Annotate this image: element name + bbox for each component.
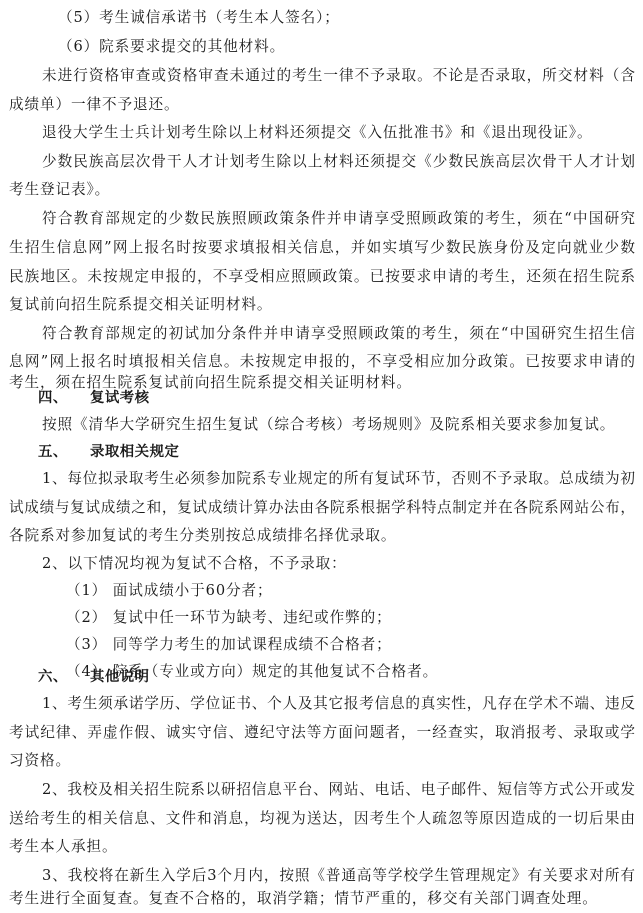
paragraph-minority-policy-line: 民族地区。未按规定申报的，不享受相应照顾政策。已按要求申请的考生，还须在招生院系 bbox=[9, 263, 635, 291]
section5-subitem: （1） 面试成绩小于60分者； bbox=[66, 577, 643, 605]
materials-item-5: （5）考生诚信承诺书（考生本人签名）； bbox=[58, 4, 643, 32]
section4-paragraph: 按照《清华大学研究生招生复试（综合考核）考场规则》及院系相关要求参加复试。 bbox=[42, 411, 635, 439]
section5-item1-line: 各院系对参加复试的考生分类别按总成绩排名择优录取。 bbox=[9, 522, 635, 550]
section6-item3-line: 考生进行全面复查。复查不合格的，取消学籍；情节严重的，移交有关部门调查处理。 bbox=[9, 885, 635, 913]
section-number: 五、 bbox=[38, 438, 90, 466]
section6-item2-line: 考生本人承担。 bbox=[9, 833, 635, 861]
section-number: 六、 bbox=[38, 663, 90, 691]
section-title: 其他说明 bbox=[90, 669, 150, 685]
section5-subitem: （3） 同等学力考生的加试课程成绩不合格者； bbox=[66, 631, 643, 659]
section-number: 四、 bbox=[38, 384, 90, 412]
paragraph-veteran: 退役大学生士兵计划考生除以上材料还须提交《入伍批准书》和《退出现役证》。 bbox=[42, 119, 635, 147]
section5-item1-line: 试成绩与复试成绩之和，复试成绩计算办法由各院系根据学科特点制定并在各院系网站公布… bbox=[9, 494, 635, 522]
section6-item1-line: 习资格。 bbox=[9, 747, 635, 775]
paragraph-minority-talent-line: 考生登记表》。 bbox=[9, 176, 635, 204]
paragraph-minority-policy-line: 符合教育部规定的少数民族照顾政策条件并申请享受照顾政策的考生，须在“中国研究 bbox=[42, 205, 635, 233]
section6-item1-line: 考试纪律、弄虚作假、诚实守信、遵纪守法等方面问题者，一经查实，取消报考、录取或学 bbox=[9, 719, 635, 747]
paragraph-no-review-line: 成绩单）一律不予退还。 bbox=[9, 91, 635, 119]
section-title: 复试考核 bbox=[90, 390, 150, 406]
section-title: 录取相关规定 bbox=[90, 444, 179, 460]
section6-item2-line: 2、我校及相关招生院系以研招信息平台、网站、电话、电子邮件、短信等方式公开或发 bbox=[42, 776, 635, 804]
section6-item2-line: 送给考生的相关信息、文件和消息，均视为送达，因考生个人疏忽等原因造成的一切后果由 bbox=[9, 805, 635, 833]
section-heading-6: 六、其他说明 bbox=[38, 663, 643, 691]
section-heading-5: 五、录取相关规定 bbox=[38, 438, 643, 466]
section-heading-4: 四、复试考核 bbox=[38, 384, 643, 412]
paragraph-minority-talent-line: 少数民族高层次骨干人才计划考生除以上材料还须提交《少数民族高层次骨干人才计划 bbox=[42, 148, 635, 176]
document-page: （5）考生诚信承诺书（考生本人签名）； （6）院系要求提交的其他材料。 未进行资… bbox=[0, 0, 643, 913]
paragraph-minority-policy-line: 复试前向招生院系提交相关证明材料。 bbox=[9, 291, 635, 319]
paragraph-minority-policy-line: 生招生信息网”网上报名时按要求填报相关信息，并如实填写少数民族身份及定向就业少数 bbox=[9, 234, 635, 262]
section5-item1-line: 1、每位拟录取考生必须参加院系专业规定的所有复试环节，否则不予录取。总成绩为初 bbox=[42, 465, 635, 493]
paragraph-bonus-policy-line: 符合教育部规定的初试加分条件并申请享受照顾政策的考生，须在“中国研究生招生信 bbox=[42, 320, 635, 348]
materials-item-6: （6）院系要求提交的其他材料。 bbox=[58, 33, 643, 61]
section5-item2-intro: 2、以下情况均视为复试不合格，不予录取： bbox=[42, 550, 635, 578]
section5-subitem: （2） 复试中任一环节为缺考、违纪或作弊的； bbox=[66, 604, 643, 632]
paragraph-no-review-line: 未进行资格审查或资格审查未通过的考生一律不予录取。不论是否录取，所交材料（含 bbox=[42, 62, 635, 90]
section6-item1-line: 1、考生须承诺学历、学位证书、个人及其它报考信息的真实性，凡存在学术不端、违反 bbox=[42, 690, 635, 718]
